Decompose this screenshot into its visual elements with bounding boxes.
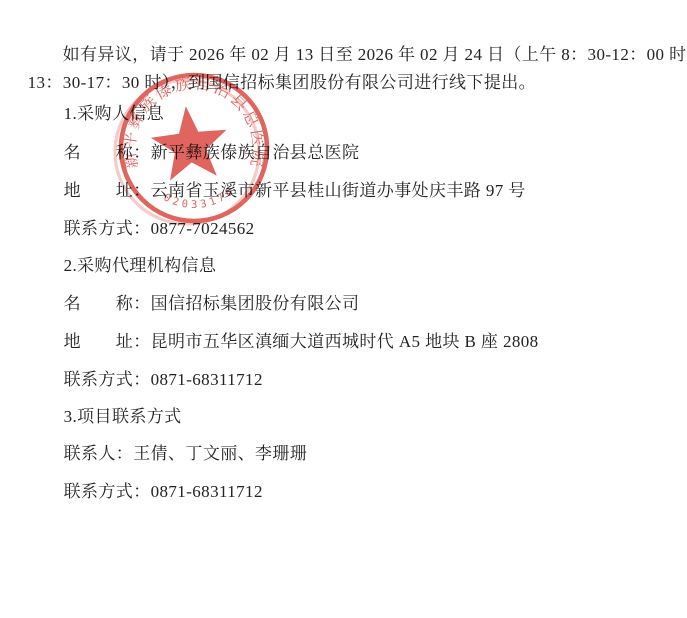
document-page: 如有异议，请于 2026 年 02 月 13 日至 2026 年 02 月 24… — [0, 0, 687, 618]
field-label: 联系方式： — [64, 482, 151, 501]
field-value: 0871-68311712 — [151, 482, 263, 501]
field-contact-phone: 联系方式：0871-68311712 — [45, 459, 263, 525]
